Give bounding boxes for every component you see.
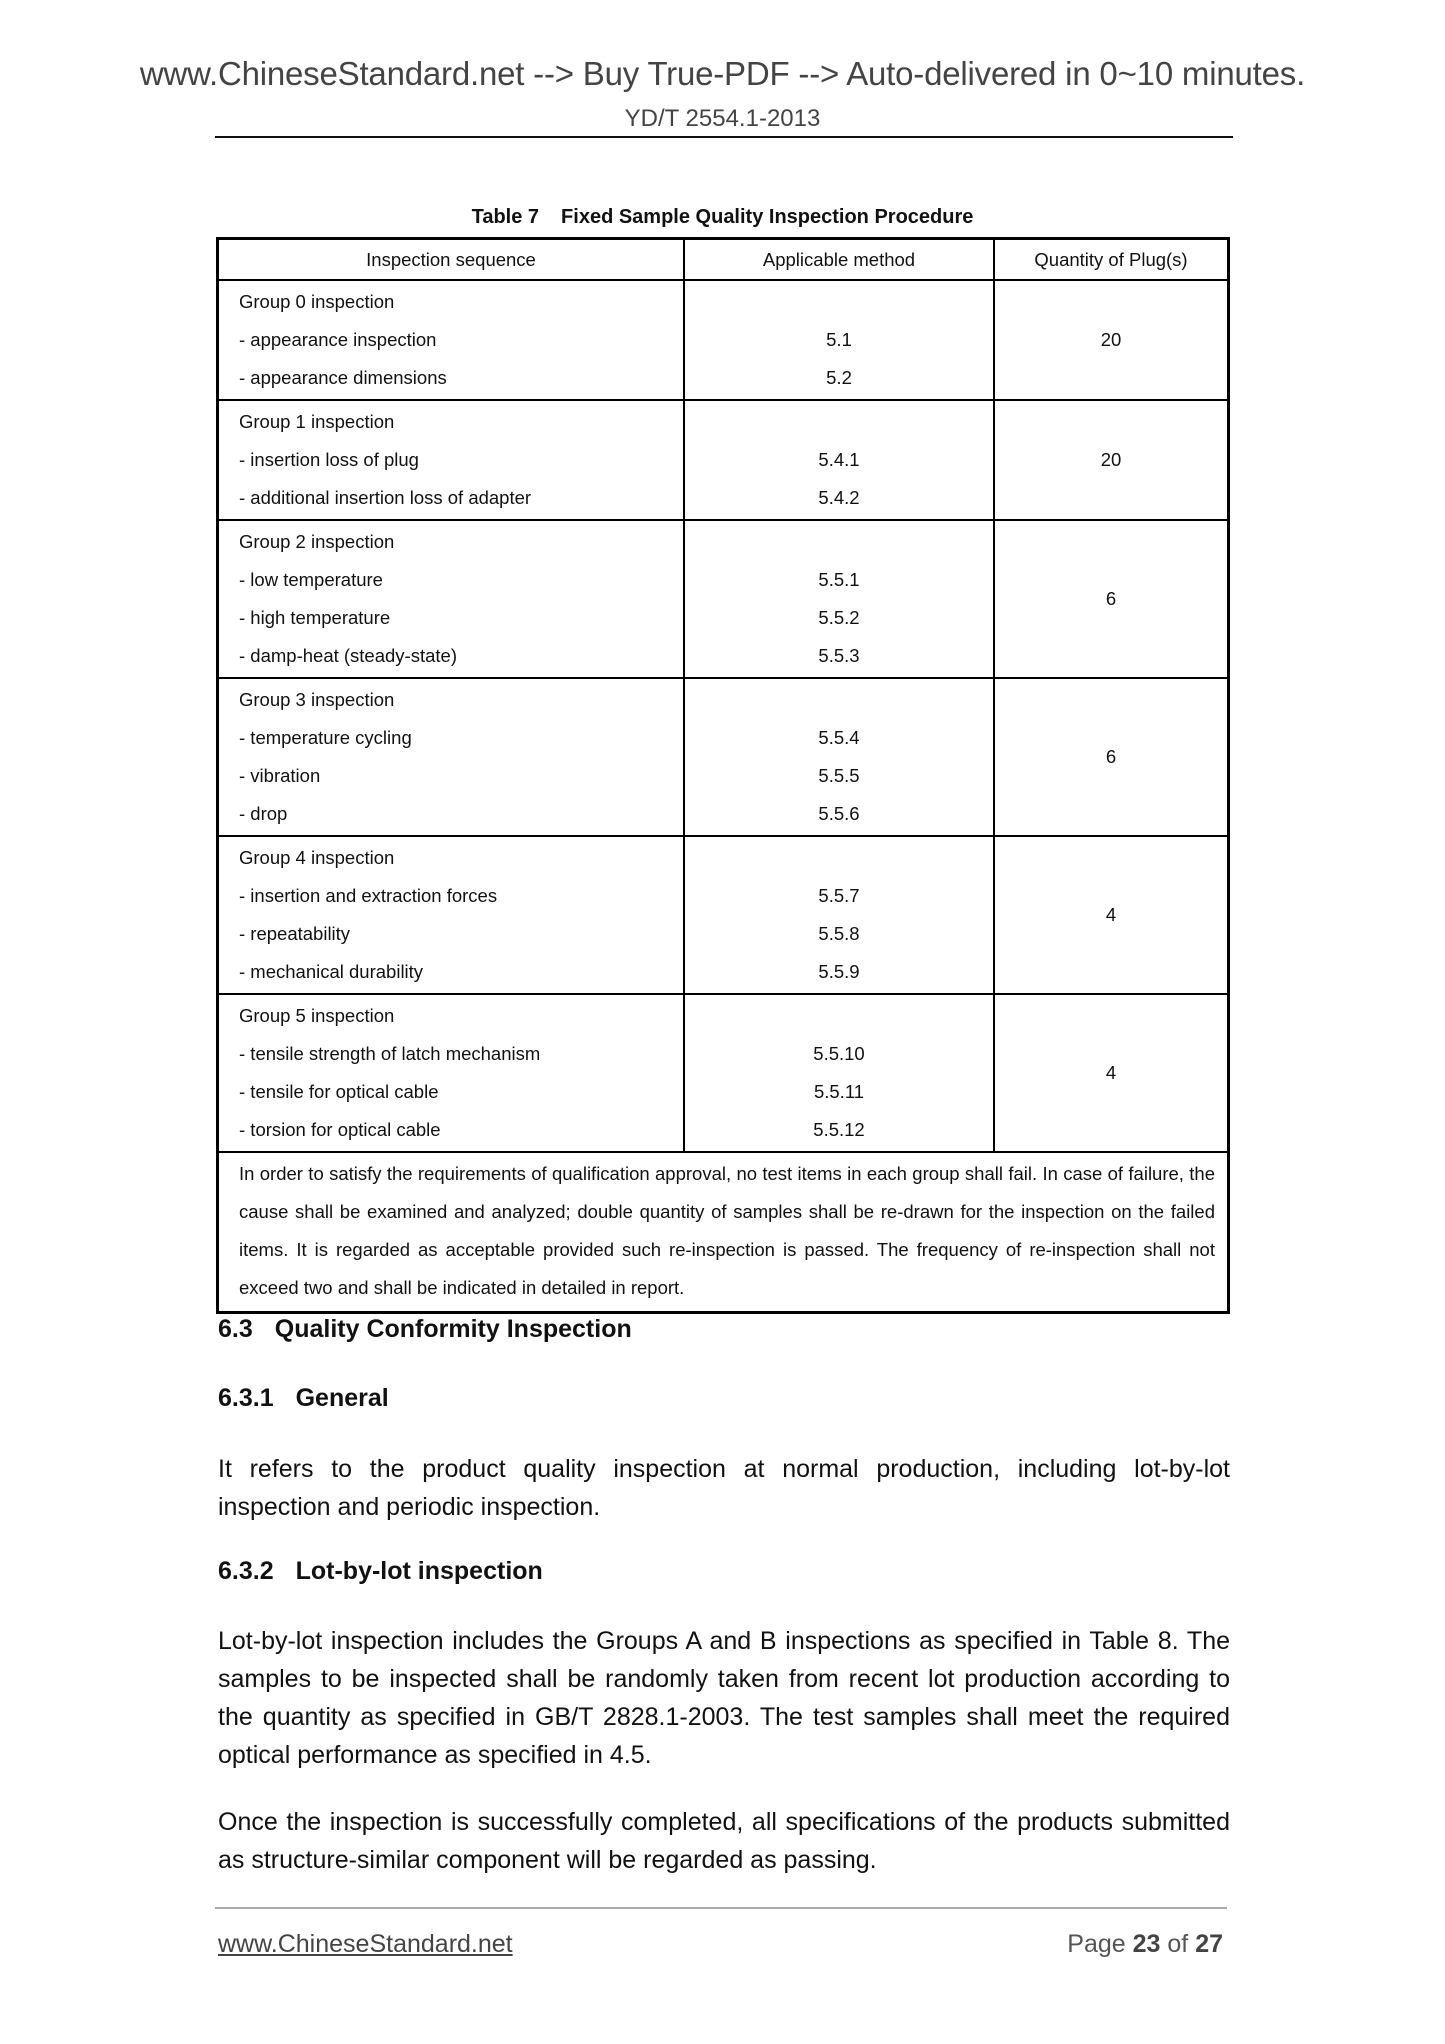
section-title: Lot-by-lot inspection [296, 1557, 543, 1585]
inspection-item: - insertion and extraction forces [219, 877, 683, 915]
method-value: 5.5.1 [685, 561, 993, 599]
quantity-cell: 4 [995, 995, 1227, 1151]
header-divider [215, 136, 1233, 138]
table-group-row: Group 1 inspection- insertion loss of pl… [219, 399, 1227, 519]
method-spacer [685, 403, 993, 441]
group-title: Group 0 inspection [219, 283, 683, 321]
method-spacer [685, 681, 993, 719]
column-header-sequence: Inspection sequence [219, 240, 685, 279]
section-number: 6.3.2 [218, 1557, 274, 1586]
footer-site-link[interactable]: www.ChineseStandard.net [218, 1930, 513, 1959]
table-group-row: Group 5 inspection- tensile strength of … [219, 993, 1227, 1151]
method-value: 5.5.12 [685, 1111, 993, 1149]
method-value: 5.5.2 [685, 599, 993, 637]
table-note: In order to satisfy the requirements of … [219, 1153, 1227, 1311]
inspection-item: - vibration [219, 757, 683, 795]
quantity-cell: 6 [995, 521, 1227, 677]
inspection-item: - damp-heat (steady-state) [219, 637, 683, 675]
table-note-row: In order to satisfy the requirements of … [219, 1151, 1227, 1311]
inspection-sequence-cell: Group 3 inspection- temperature cycling-… [219, 679, 685, 835]
inspection-item: - mechanical durability [219, 953, 683, 991]
group-title: Group 2 inspection [219, 523, 683, 561]
table-group-row: Group 4 inspection- insertion and extrac… [219, 835, 1227, 993]
inspection-item: - high temperature [219, 599, 683, 637]
inspection-item: - appearance dimensions [219, 359, 683, 397]
inspection-item: - additional insertion loss of adapter [219, 479, 683, 517]
inspection-sequence-cell: Group 5 inspection- tensile strength of … [219, 995, 685, 1151]
group-title: Group 5 inspection [219, 997, 683, 1035]
method-value: 5.5.9 [685, 953, 993, 991]
inspection-sequence-cell: Group 1 inspection- insertion loss of pl… [219, 401, 685, 519]
method-value: 5.5.10 [685, 1035, 993, 1073]
method-value: 5.2 [685, 359, 993, 397]
table-header-row: Inspection sequence Applicable method Qu… [219, 240, 1227, 279]
method-value: 5.5.3 [685, 637, 993, 675]
column-header-method: Applicable method [685, 240, 995, 279]
group-title: Group 4 inspection [219, 839, 683, 877]
applicable-method-cell: 5.5.15.5.25.5.3 [685, 521, 995, 677]
table-title: Fixed Sample Quality Inspection Procedur… [561, 206, 973, 228]
method-value: 5.5.11 [685, 1073, 993, 1111]
inspection-sequence-cell: Group 4 inspection- insertion and extrac… [219, 837, 685, 993]
inspection-item: - repeatability [219, 915, 683, 953]
table-caption: Table 7Fixed Sample Quality Inspection P… [0, 206, 1445, 229]
standard-id: YD/T 2554.1-2013 [0, 105, 1445, 133]
method-value: 5.5.6 [685, 795, 993, 833]
method-spacer [685, 283, 993, 321]
method-value: 5.5.4 [685, 719, 993, 757]
inspection-item: - drop [219, 795, 683, 833]
inspection-item: - low temperature [219, 561, 683, 599]
applicable-method-cell: 5.4.15.4.2 [685, 401, 995, 519]
page-of-label: of [1167, 1930, 1188, 1958]
inspection-item: - temperature cycling [219, 719, 683, 757]
applicable-method-cell: 5.15.2 [685, 281, 995, 399]
header-banner: www.ChineseStandard.net --> Buy True-PDF… [0, 55, 1445, 93]
group-title: Group 1 inspection [219, 403, 683, 441]
method-spacer [685, 997, 993, 1035]
page-label: Page [1067, 1930, 1125, 1958]
method-spacer [685, 839, 993, 877]
method-value: 5.5.8 [685, 915, 993, 953]
section-title: Quality Conformity Inspection [275, 1315, 632, 1343]
paragraph-lot-by-lot-1: Lot-by-lot inspection includes the Group… [218, 1622, 1230, 1774]
table-group-row: Group 2 inspection- low temperature- hig… [219, 519, 1227, 677]
method-value: 5.1 [685, 321, 993, 359]
section-title: General [296, 1384, 389, 1412]
paragraph-general: It refers to the product quality inspect… [218, 1450, 1230, 1526]
table-group-row: Group 3 inspection- temperature cycling-… [219, 677, 1227, 835]
applicable-method-cell: 5.5.105.5.115.5.12 [685, 995, 995, 1151]
page-indicator: Page 23 of 27 [1067, 1930, 1223, 1959]
inspection-sequence-cell: Group 0 inspection- appearance inspectio… [219, 281, 685, 399]
quantity-cell: 20 [995, 401, 1227, 519]
inspection-item: - tensile for optical cable [219, 1073, 683, 1111]
applicable-method-cell: 5.5.45.5.55.5.6 [685, 679, 995, 835]
section-heading-6-3: 6.3Quality Conformity Inspection [218, 1315, 632, 1344]
inspection-item: - insertion loss of plug [219, 441, 683, 479]
group-title: Group 3 inspection [219, 681, 683, 719]
method-value: 5.4.1 [685, 441, 993, 479]
page-total: 27 [1195, 1930, 1223, 1958]
table-number: Table 7 [472, 206, 539, 228]
page-current: 23 [1133, 1930, 1161, 1958]
inspection-table: Inspection sequence Applicable method Qu… [216, 237, 1230, 1314]
method-value: 5.5.7 [685, 877, 993, 915]
quantity-cell: 6 [995, 679, 1227, 835]
method-value: 5.4.2 [685, 479, 993, 517]
section-heading-6-3-1: 6.3.1General [218, 1384, 389, 1413]
inspection-item: - appearance inspection [219, 321, 683, 359]
applicable-method-cell: 5.5.75.5.85.5.9 [685, 837, 995, 993]
section-number: 6.3.1 [218, 1384, 274, 1413]
inspection-sequence-cell: Group 2 inspection- low temperature- hig… [219, 521, 685, 677]
quantity-cell: 20 [995, 281, 1227, 399]
table-group-row: Group 0 inspection- appearance inspectio… [219, 279, 1227, 399]
paragraph-lot-by-lot-2: Once the inspection is successfully comp… [218, 1803, 1230, 1879]
method-spacer [685, 523, 993, 561]
footer-divider [215, 1907, 1227, 1909]
quantity-cell: 4 [995, 837, 1227, 993]
inspection-item: - tensile strength of latch mechanism [219, 1035, 683, 1073]
column-header-quantity: Quantity of Plug(s) [995, 240, 1227, 279]
section-heading-6-3-2: 6.3.2Lot-by-lot inspection [218, 1557, 543, 1586]
inspection-item: - torsion for optical cable [219, 1111, 683, 1149]
section-number: 6.3 [218, 1315, 253, 1344]
method-value: 5.5.5 [685, 757, 993, 795]
